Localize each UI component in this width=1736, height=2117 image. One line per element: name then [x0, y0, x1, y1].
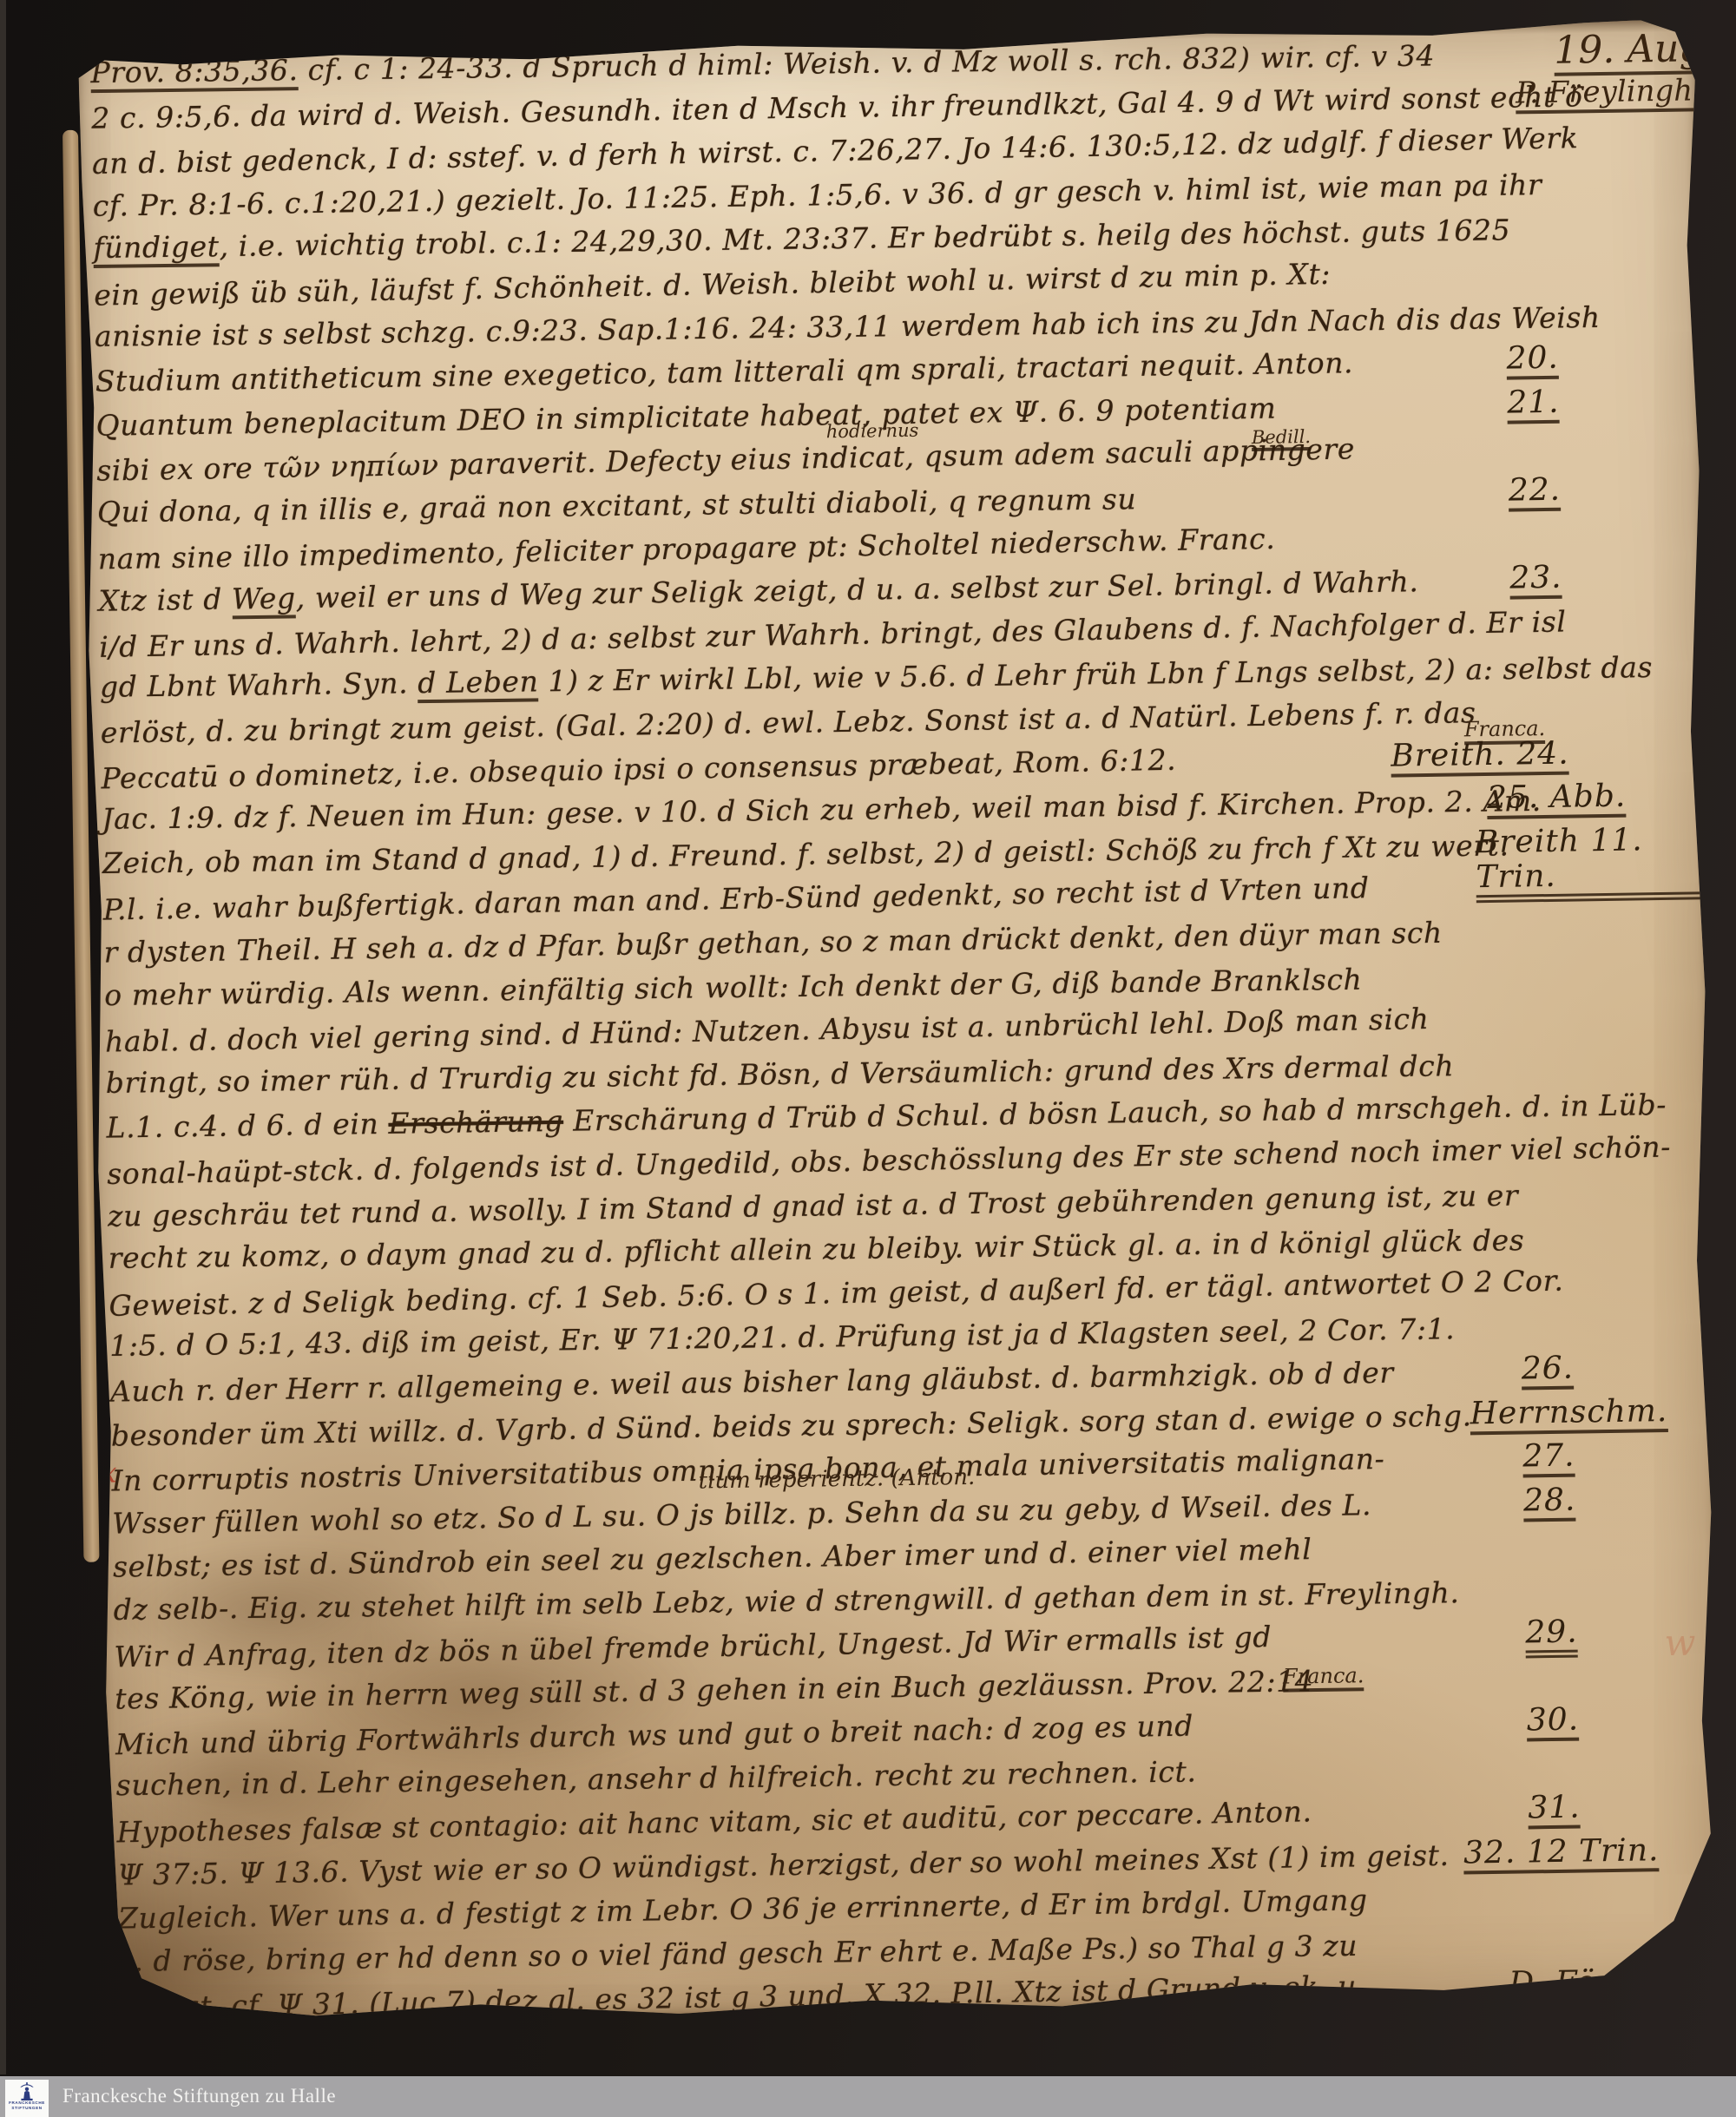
logo-monument-icon [17, 2081, 36, 2101]
manuscript-line: Wir d Anfrag, iten dz bös n übel fremde … [114, 1620, 1272, 1674]
footer-title: Franckesche Stiftungen zu Halle [62, 2084, 336, 2108]
manuscript-line: tes Köng, wie in herrn weg süll st. d 3 … [115, 1664, 1314, 1716]
manuscript-line: ein gewiß üb süh, läufst f. Schönheit. d… [94, 257, 1331, 313]
institution-logo: FRANCKESCHE STIFTUNGEN [5, 2080, 49, 2117]
manuscript-line: Hypotheses falsæ st contagio: ait hanc v… [116, 1794, 1312, 1850]
margin-note: 30. [1527, 1702, 1580, 1741]
margin-note: 28. [1523, 1483, 1576, 1522]
manuscript-line: Wsser füllen wohl so etz. So d L su. O j… [112, 1488, 1371, 1542]
manuscript-text: Prov. 8:35,36. cf. c 1: 24-33. d Spruch … [78, 19, 1694, 43]
manuscript-line: bringt. cf. Ψ 31. (Luc 7) dez gl. es 32 … [119, 1969, 1366, 2026]
logo-caption-line2: STIFTUNGEN [11, 2106, 42, 2111]
manuscript-line: Prov. 8:35,36. cf. c 1: 24-33. d Spruch … [90, 38, 1435, 90]
manuscript-line: nam sine illo impedimento, feliciter pro… [97, 521, 1275, 576]
manuscript-line: erlöst, d. zu bringt zum geist. (Gal. 2:… [100, 695, 1476, 751]
manuscript-line: suchen, in d. Lehr eingesehen, ansehr d … [116, 1755, 1197, 1804]
margin-note: 26. [1522, 1351, 1575, 1391]
manuscript-viewer: { "document": { "heading_date": "19. Aug… [0, 0, 1736, 2117]
manuscript-line: Mich und übrig Fortwährls durch ws und g… [115, 1708, 1194, 1762]
manuscript-line: Auch r. der Herr r. allgemeing e. weil a… [110, 1356, 1394, 1410]
margin-note: 32. 12 Trin. [1463, 1833, 1660, 1874]
manuscript-line: selbst; es ist d. Sündrob ein seel zu ge… [113, 1532, 1312, 1584]
margin-note: 22. [1509, 473, 1562, 512]
manuscript-line: Studium antitheticum sine exegetico, tam… [95, 345, 1353, 398]
red-cross-mark: x [101, 1456, 117, 1489]
margin-note: Breith 11. Trin. [1476, 822, 1707, 903]
margin-note: D. Förschm. [1509, 1964, 1709, 2005]
margin-note: 27. [1522, 1439, 1575, 1478]
marginal-annotation: Bedill. [1252, 426, 1312, 451]
red-bleed-mark: w [1664, 1621, 1696, 1665]
marginal-annotations: 19. August.P. Freylingh.hodiernusBedill.… [78, 19, 1694, 43]
marginal-annotation: hodiernus [826, 420, 919, 443]
manuscript-line: o mehr würdig. Als wenn. einfältig sich … [104, 962, 1363, 1012]
margin-note: 25. Abb. [1487, 779, 1627, 819]
marginal-annotation: 19. August. [1554, 25, 1736, 76]
marginal-annotation: Franca. [1464, 716, 1546, 745]
margin-note: 23. [1509, 561, 1562, 600]
manuscript-page: Prov. 8:35,36. cf. c 1: 24-33. d Spruch … [78, 19, 1724, 2022]
scanner-edge [0, 0, 6, 2074]
margin-note: 31. [1528, 1791, 1581, 1830]
margin-note: 20. [1506, 341, 1559, 380]
manuscript-line: bringt, so imer rüh. d Trurdig zu sicht … [106, 1049, 1455, 1101]
margin-note: Herrnschm. [1470, 1394, 1667, 1435]
margin-note: 29. [1525, 1614, 1578, 1658]
manuscript-line: Zugleich. Wer uns a. d festigt z im Lebr… [118, 1883, 1368, 1936]
manuscript-line: sibi ex ore τῶν νηπίων paraverit. Defect… [96, 432, 1355, 489]
marginal-annotation: Franca. [1283, 1663, 1364, 1692]
marginal-annotation: P. Freylingh. [1516, 73, 1703, 114]
manuscript-line: Qui dona, q in illis e, graä non excitan… [97, 482, 1137, 529]
margin-note: 21. [1507, 385, 1560, 424]
manuscript-line: s. d röse, bring er hd denn so o viel fä… [119, 1929, 1358, 1979]
marginal-annotation: tium reperientz. (Anton. [698, 1464, 975, 1495]
manuscript-line: Peccatū o dominetz, i.e. obsequio ipsi o… [101, 742, 1176, 796]
